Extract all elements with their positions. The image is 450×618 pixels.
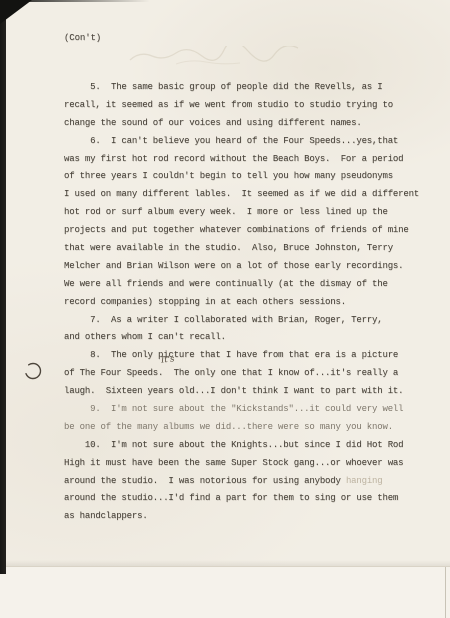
scan-left-edge [0, 0, 6, 574]
typed-line: 9. I'm not sure about the "Kickstands"..… [64, 401, 436, 419]
typed-line: 5. The same basic group of people did th… [64, 79, 436, 97]
faded-typed-word: hanging [346, 476, 383, 486]
typed-line: that were available in the studio. Also,… [64, 240, 436, 258]
scanned-page: (Con't) 5. The same basic group of peopl… [0, 0, 450, 566]
typed-line: as handclappers. [64, 508, 436, 526]
typed-line: was my first hot rod record without the … [64, 151, 436, 169]
typed-line: High it must have been the same Super St… [64, 455, 436, 473]
typed-line: 8. The only picture that I have from tha… [64, 347, 436, 365]
typed-line: be one of the many albums we did...there… [64, 419, 436, 437]
typed-line: record companies) stopping in at each ot… [64, 294, 436, 312]
typed-line: of three years I couldn't begin to tell … [64, 168, 436, 186]
under-sheet-edge-line [445, 567, 446, 618]
typed-line: hot rod or surf album every week. I more… [64, 204, 436, 222]
typed-lines: 5. The same basic group of people did th… [64, 79, 436, 526]
continuation-note: (Con't) [64, 32, 101, 44]
typed-line: around the studio...I'd find a part for … [64, 490, 436, 508]
typed-line: 6. I can't believe you heard of the Four… [64, 133, 436, 151]
typed-line: recall, it seemed as if we went from stu… [64, 97, 436, 115]
typed-line: laugh. Sixteen years old...I don't think… [64, 383, 436, 401]
typed-line: projects and put together whatever combi… [64, 222, 436, 240]
handwritten-insertion: It's [161, 354, 175, 365]
typed-line: I used on many different lables. It seem… [64, 186, 436, 204]
under-sheet [0, 566, 450, 618]
typed-line: around the studio. I was notorious for u… [64, 473, 436, 491]
scan-corner-cut [0, 0, 32, 24]
erased-pencil-smudge [128, 46, 303, 68]
margin-circle-annotation [23, 360, 45, 384]
typed-line: change the sound of our voices and using… [64, 115, 436, 133]
typed-line: 10. I'm not sure about the Knights...but… [64, 437, 436, 455]
typed-line: Melcher and Brian Wilson were on a lot o… [64, 258, 436, 276]
typed-line: 7. As a writer I collaborated with Brian… [64, 312, 436, 330]
typed-line: We were all friends and were continually… [64, 276, 436, 294]
typed-line: of The Four Speeds. The only one that I … [64, 365, 436, 383]
scan-top-edge [0, 0, 150, 2]
typed-line: and others whom I can't recall. [64, 329, 436, 347]
